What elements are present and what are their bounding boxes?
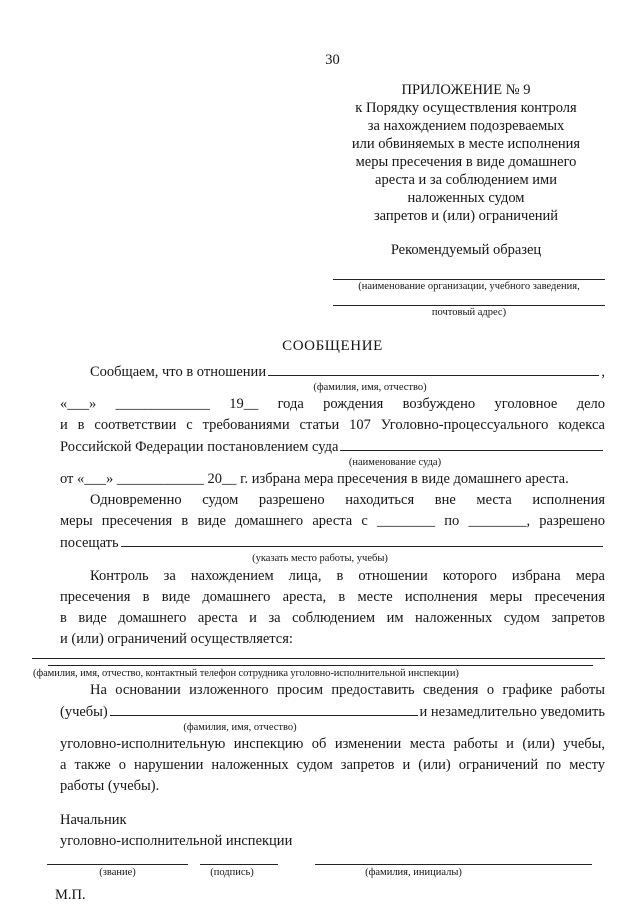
visit-place-blank [121,532,603,547]
visit-line-text: посещать [60,533,119,554]
request-line-5: работы (учебы). [60,776,605,797]
court-line-text: Российской Федерации постановлением суда [60,437,338,458]
visit-line: посещать [60,532,605,554]
inspector-blank-line-2 [48,665,593,666]
postal-address-caption: почтовый адрес) [333,307,605,319]
name-caption: (фамилия, инициалы) [315,867,592,879]
request-line-2: (учебы) и незамедлительно уведомить [60,701,605,723]
request-line-4: а также о нарушении наложенных судом зап… [60,755,605,776]
appendix-line: наложенных судом [327,189,605,207]
control-line-1: Контроль за нахождением лица, в отношени… [60,566,605,587]
permission-line-1: Одновременно судом разрешено находиться … [60,490,605,511]
fio-caption: (фамилия, имя, отчество) [300,382,440,394]
decision-date-line: от «___» ____________ 20__ г. избрана ме… [60,469,605,490]
appendix-line: ареста и за соблюдением ими [327,171,605,189]
rank-column: (звание) [47,864,188,879]
rank-caption: (звание) [47,867,188,879]
organization-block: (наименование организации, учебного заве… [333,270,605,319]
page-number: 30 [60,52,605,68]
postal-address-blank [333,296,605,306]
appendix-line: или обвиняемых в месте исполнения [327,135,605,153]
schedule-fio-blank [110,701,418,716]
birth-line: «___» _____________ 19__ года рождения в… [60,394,605,415]
sign-column: (подпись) [200,864,278,879]
officer-post-line-1: Начальник [60,810,605,831]
request-line-3: уголовно-исполнительную инспекцию об изм… [60,734,605,755]
organization-name-blank [333,270,605,280]
subject-line-comma: , [601,362,605,383]
signature-row: (звание) (подпись) (фамилия, инициалы) [47,864,605,879]
request-line-2-pre: (учебы) [60,702,108,723]
control-line-2: пресечения в виде домашнего ареста, в ме… [60,587,605,608]
officer-post-line-2: уголовно-исполнительной инспекции [60,831,605,852]
control-line-3: в виде домашнего ареста и за соблюдением… [60,608,605,629]
inspector-blank-line-1 [32,658,605,659]
appendix-line: за нахождением подозреваемых [327,117,605,135]
signature-gap [278,864,315,879]
stamp-placeholder: М.П. [55,885,605,905]
appendix-title: ПРИЛОЖЕНИЕ № 9 [327,81,605,99]
subject-line-text: Сообщаем, что в отношении [60,362,266,383]
permission-line-2: меры пресечения в виде домашнего ареста … [60,511,605,532]
document-page: 30 ПРИЛОЖЕНИЕ № 9 к Порядку осуществлени… [0,0,640,905]
request-line-1: На основании изложенного просим предоста… [60,680,605,701]
visit-place-caption: (указать место работы, учебы) [245,553,395,565]
appendix-line: к Порядку осуществления контроля [327,99,605,117]
document-title: СООБЩЕНИЕ [60,336,605,357]
sample-label: Рекомендуемый образец [327,240,605,261]
organization-caption: (наименование организации, учебного заве… [333,281,605,293]
subject-line: Сообщаем, что в отношении , [60,361,605,383]
signature-gap [188,864,200,879]
fio-caption-2: (фамилия, имя, отчество) [160,722,320,734]
officer-post-block: Начальник уголовно-исполнительной инспек… [60,810,605,852]
court-caption: (наименование суда) [330,457,460,469]
appendix-line: запретов и (или) ограничений [327,207,605,225]
appendix-header: ПРИЛОЖЕНИЕ № 9 к Порядку осуществления к… [327,81,605,225]
sign-caption: (подпись) [200,867,278,879]
inspector-caption: (фамилия, имя, отчество, контактный теле… [33,668,605,680]
court-line: Российской Федерации постановлением суда [60,436,605,458]
name-column: (фамилия, инициалы) [315,864,592,879]
control-line-4: и (или) ограничений осуществляется: [60,629,605,650]
request-line-2-post: и незамедлительно уведомить [420,702,605,723]
appendix-line: меры пресечения в виде домашнего [327,153,605,171]
subject-fio-blank [268,361,599,376]
court-name-blank [340,436,603,451]
code-line: и в соответствии с требованиями статьи 1… [60,415,605,436]
